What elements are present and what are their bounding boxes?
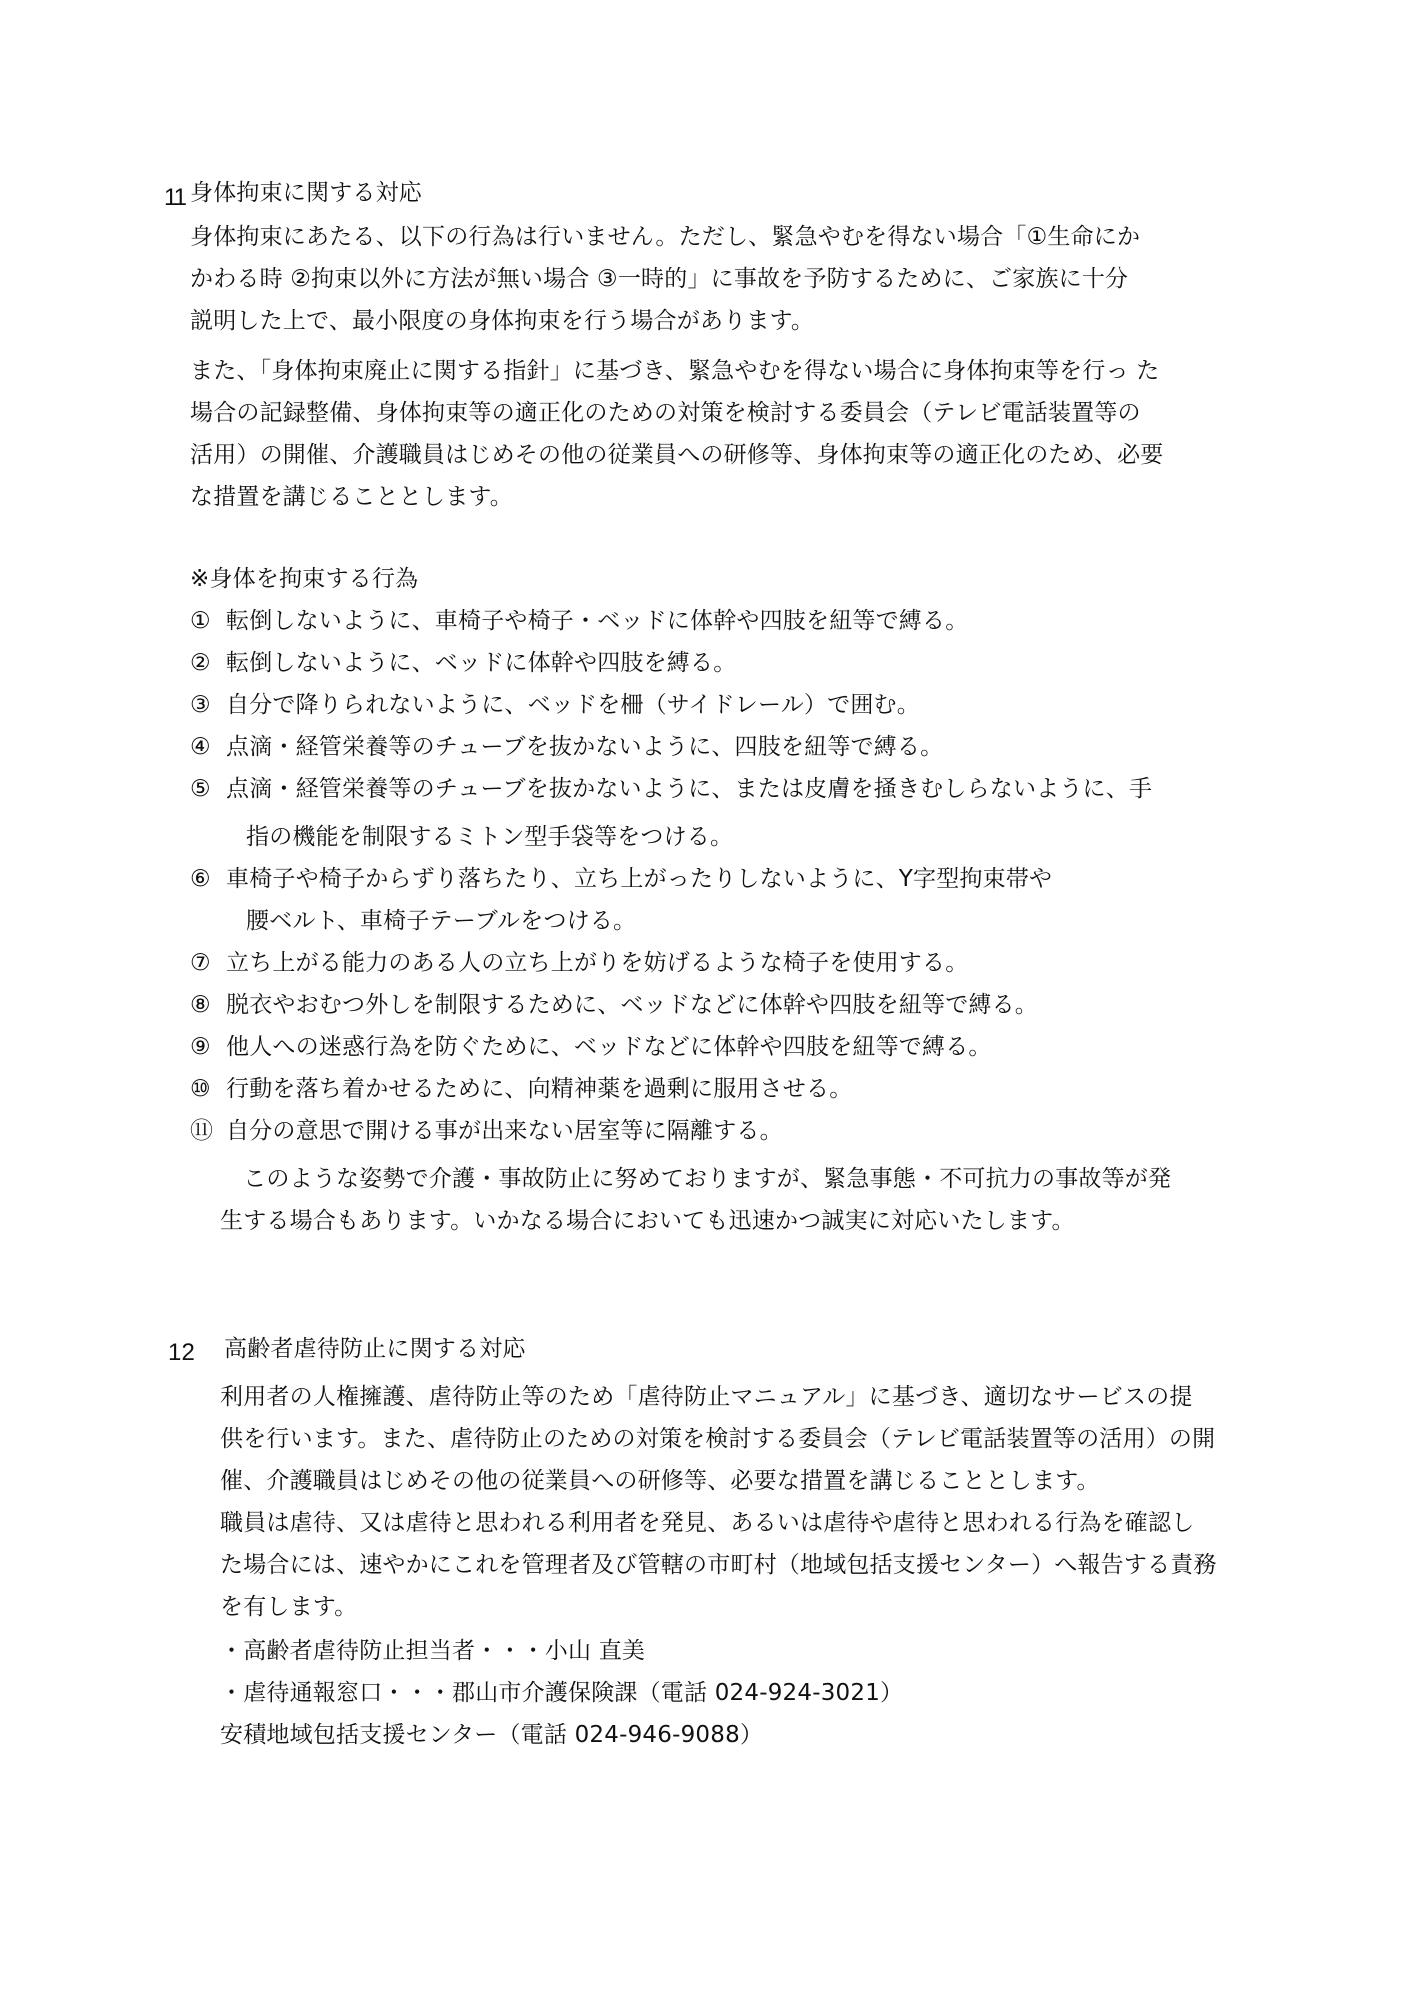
item-mark: ② xyxy=(190,648,211,678)
item-text: 点滴・経管栄養等のチューブを抜かないように、または皮膚を掻きむしらないように、手 xyxy=(226,774,1152,804)
paragraph-line: 身体拘束にあたる、以下の行為は行いません。ただし、緊急やむを得ない場合「①生命に… xyxy=(190,222,1140,252)
paragraph-line: を有します。 xyxy=(220,1592,357,1622)
item-mark: ⑧ xyxy=(190,990,211,1020)
item-mark: ⑤ xyxy=(190,774,211,804)
paragraph-line: た場合には、速やかにこれを管理者及び管轄の市町村（地域包括支援センター）へ報告す… xyxy=(220,1550,1217,1580)
item-text: 車椅子や椅子からずり落ちたり、立ち上がったりしないように、Y字型拘束帯や xyxy=(226,864,1052,894)
paragraph-line: また、「身体拘束廃止に関する指針」に基づき、緊急やむを得ない場合に身体拘束等を行… xyxy=(190,356,1160,386)
item-text: 点滴・経管栄養等のチューブを抜かないように、四肢を紐等で縛る。 xyxy=(226,732,943,762)
section-title: 身体拘束に関する対応 xyxy=(190,178,422,208)
item-mark: ⑥ xyxy=(190,864,211,894)
item-mark: ④ xyxy=(190,732,211,762)
item-mark: ⑦ xyxy=(190,948,211,978)
closing-line: 生する場合もあります。いかなる場合においても迅速かつ誠実に対応いたします。 xyxy=(220,1206,1075,1236)
section-number: 11 xyxy=(164,183,185,213)
paragraph-line: 催、介護職員はじめその他の従業員への研修等、必要な措置を講じることとします。 xyxy=(220,1466,1100,1496)
item-text: 他人への迷惑行為を防ぐために、ベッドなどに体幹や四肢を紐等で縛る。 xyxy=(226,1032,992,1062)
paragraph-line: な措置を講じることとします。 xyxy=(190,482,513,512)
item-text: 自分の意思で開ける事が出来ない居室等に隔離する。 xyxy=(226,1116,783,1146)
contact-person: ・高齢者虐待防止担当者・・・小山 直美 xyxy=(220,1636,645,1666)
item-mark: ⑪ xyxy=(190,1116,213,1146)
section-title: 高齢者虐待防止に関する対応 xyxy=(224,1334,526,1364)
paragraph-line: 場合の記録整備、身体拘束等の適正化のための対策を検討する委員会（テレビ電話装置等… xyxy=(190,398,1141,428)
item-text: 立ち上がる能力のある人の立ち上がりを妨げるような椅子を使用する。 xyxy=(226,948,968,978)
contact-center: 安積地域包括支援センター（電話 024-946-9088） xyxy=(220,1720,763,1750)
item-text: 転倒しないように、車椅子や椅子・ベッドに体幹や四肢を紐等で縛る。 xyxy=(226,606,968,636)
item-text: 転倒しないように、ベッドに体幹や四肢を縛る。 xyxy=(226,648,736,678)
paragraph-line: 説明した上で、最小限度の身体拘束を行う場合があります。 xyxy=(190,306,814,336)
paragraph-line: 活用）の開催、介護職員はじめその他の従業員への研修等、身体拘束等の適正化のため、… xyxy=(190,440,1163,470)
section-number: 12 xyxy=(168,1338,195,1368)
paragraph-line: 供を行います。また、虐待防止のための対策を検討する委員会（テレビ電話装置等の活用… xyxy=(220,1424,1215,1454)
item-text-continued: 指の機能を制限するミトン型手袋等をつける。 xyxy=(246,822,733,852)
item-text: 脱衣やおむつ外しを制限するために、ベッドなどに体幹や四肢を紐等で縛る。 xyxy=(226,990,1038,1020)
closing-line: このような姿勢で介護・事故防止に努めておりますが、緊急事態・不可抗力の事故等が発 xyxy=(220,1164,1171,1194)
paragraph-line: かわる時 ②拘束以外に方法が無い場合 ③一時的」に事故を予防するために、ご家族に… xyxy=(190,264,1128,294)
document-page: 11 身体拘束に関する対応 身体拘束にあたる、以下の行為は行いません。ただし、緊… xyxy=(0,0,1414,2000)
item-mark: ⑨ xyxy=(190,1032,211,1062)
item-mark: ① xyxy=(190,606,211,636)
item-text-continued: 腰ベルト、車椅子テーブルをつける。 xyxy=(246,906,636,936)
item-mark: ③ xyxy=(190,690,211,720)
item-text: 行動を落ち着かせるために、向精神薬を過剰に服用させる。 xyxy=(226,1074,852,1104)
paragraph-line: 職員は虐待、又は虐待と思われる利用者を発見、あるいは虐待や虐待と思われる行為を確… xyxy=(220,1508,1194,1538)
paragraph-line: 利用者の人権擁護、虐待防止等のため「虐待防止マニュアル」に基づき、適切なサービス… xyxy=(220,1382,1193,1412)
contact-window: ・虐待通報窓口・・・郡山市介護保険課（電話 024-924-3021） xyxy=(220,1678,903,1708)
item-mark: ⑩ xyxy=(190,1074,211,1104)
item-text: 自分で降りられないように、ベッドを柵（サイドレール）で囲む。 xyxy=(226,690,920,720)
list-heading: ※身体を拘束する行為 xyxy=(190,564,418,594)
